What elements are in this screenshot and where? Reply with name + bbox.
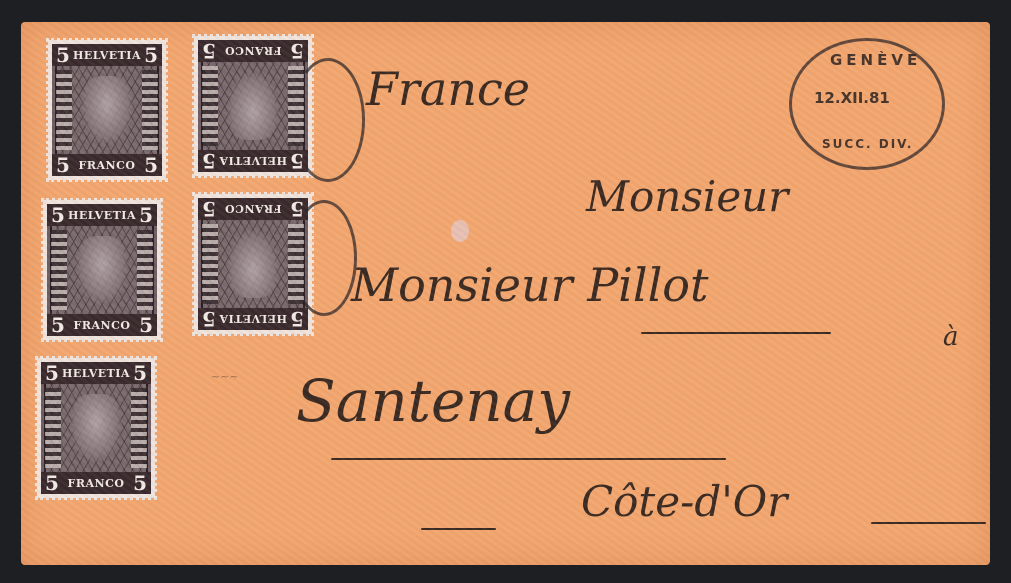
stamp: 5HELVETIA5 5FRANCO5 xyxy=(37,358,155,498)
paper-stain xyxy=(451,220,469,242)
stamp-value: 5 xyxy=(56,153,70,177)
address-salutation: Monsieur xyxy=(586,172,788,221)
stamp-value: 5 xyxy=(45,361,59,385)
stamp-value: 5 xyxy=(45,471,59,495)
stamp: 5HELVETIA5 5FRANCO5 xyxy=(48,40,166,180)
address-town: Santenay xyxy=(296,367,570,435)
address-preposition: à xyxy=(943,322,959,352)
stamp: 5HELVETIA5 5FRANCO5 xyxy=(43,200,161,340)
helvetia-figure xyxy=(226,70,280,140)
stamp-country: HELVETIA xyxy=(68,209,136,222)
stamp-value: 5 xyxy=(139,203,153,227)
stamp-value: 5 xyxy=(290,197,304,221)
helvetia-figure xyxy=(69,394,123,464)
stamp-country: HELVETIA xyxy=(73,49,141,62)
stamp-value: 5 xyxy=(290,307,304,331)
postmark-office: SUCC. DIV. xyxy=(822,137,913,151)
stamp-country: HELVETIA xyxy=(62,367,130,380)
stamp-value: 5 xyxy=(202,39,216,63)
stamp-value: 5 xyxy=(51,313,65,337)
stamp-value: 5 xyxy=(144,43,158,67)
cancellation-arc xyxy=(291,200,357,316)
stamp-value: 5 xyxy=(133,361,147,385)
stamp-value: 5 xyxy=(139,313,153,337)
helvetia-figure xyxy=(75,236,129,306)
stamp-country: HELVETIA xyxy=(219,313,287,326)
stamp-value: 5 xyxy=(56,43,70,67)
stamp-value: 5 xyxy=(202,307,216,331)
helvetia-figure xyxy=(80,76,134,146)
stamp-value: 5 xyxy=(202,197,216,221)
stamp-value: 5 xyxy=(144,153,158,177)
stamp-value: 5 xyxy=(202,149,216,173)
underline xyxy=(421,528,496,530)
stamp-inverted: 5HELVETIA5 5FRANCO5 xyxy=(194,36,312,176)
postmark-city: GENÈVE xyxy=(830,51,921,69)
envelope: 5HELVETIA5 5FRANCO5 5HELVETIA5 5FRANCO5 … xyxy=(21,22,990,565)
helvetia-figure xyxy=(226,228,280,298)
cancellation-arc xyxy=(291,58,365,182)
pencil-note: ~~~ xyxy=(211,370,239,383)
stamp-inscription: FRANCO xyxy=(74,319,131,332)
stamp-value: 5 xyxy=(290,39,304,63)
underline xyxy=(641,332,831,334)
underline xyxy=(331,458,726,460)
address-country: France xyxy=(366,62,530,116)
stamp-inscription: FRANCO xyxy=(225,203,282,216)
stamp-inscription: FRANCO xyxy=(225,45,282,58)
postmark-date: 12.XII.81 xyxy=(814,89,890,107)
address-region: Côte-d'Or xyxy=(581,477,787,526)
stamp-value: 5 xyxy=(51,203,65,227)
stamp-value: 5 xyxy=(133,471,147,495)
postmark: GENÈVE 12.XII.81 SUCC. DIV. xyxy=(789,38,945,170)
stamp-country: HELVETIA xyxy=(219,155,287,168)
stamp-inscription: FRANCO xyxy=(68,477,125,490)
stamp-value: 5 xyxy=(290,149,304,173)
address-name: Monsieur Pillot xyxy=(351,258,708,312)
underline xyxy=(871,522,986,524)
stamp-inverted: 5HELVETIA5 5FRANCO5 xyxy=(194,194,312,334)
stamp-inscription: FRANCO xyxy=(79,159,136,172)
